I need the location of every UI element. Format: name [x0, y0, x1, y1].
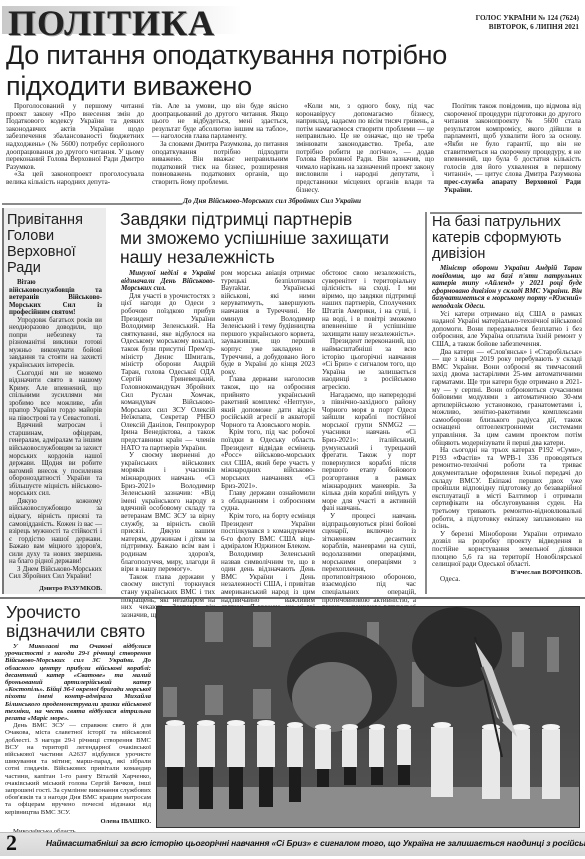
dedication-line: До Дня Військово-Морських сил Збройних С…	[183, 196, 361, 205]
holiday-signature: Олена ІВАШКО.	[5, 818, 151, 825]
article-tax-col2: тів. Але за умови, що він буде якісно до…	[152, 103, 288, 187]
column-border	[425, 212, 427, 594]
article-partners-headline: Завдяки підтримці партнерів ми зможемо у…	[120, 210, 425, 267]
article-tax-col3: «Коли ми, з одного боку, під час коронав…	[296, 103, 434, 194]
article-partners-col3: обстоює свою незалежність, суверенітет і…	[322, 270, 416, 619]
page-number: 2	[6, 830, 17, 856]
photo-illustration	[157, 607, 580, 828]
article-holiday-body: У Миколаєві та Очакові відбулися урочист…	[5, 643, 151, 844]
article-tax-headline: До питання оподаткування потрібно підход…	[6, 40, 447, 102]
greeting-headline: Привітання Голови Верховної Ради	[4, 208, 106, 276]
article-tax-col4: Політик також повідомив, що відмова від …	[444, 103, 581, 194]
article-patrol-headline: На базі патрульних катерів сформують див…	[432, 214, 582, 262]
divider	[0, 597, 585, 599]
issue-date: ВІВТОРОК, 6 ЛИПНЯ 2021	[476, 23, 579, 32]
article-tax-col1: Проголосований у першому читанні проект …	[6, 103, 144, 187]
article-patrol-body: Міністр оборони України Андрій Таран пов…	[432, 265, 582, 584]
patrol-place: Одеса.	[432, 576, 582, 584]
article-tax-source: прес-служба апарату Верховної Ради Украї…	[444, 178, 581, 194]
greeting-body: Вітаю військовослужбовців та ветеранів В…	[4, 276, 106, 592]
issue-number: ГОЛОС УКРАЇНИ № 124 (7624)	[476, 14, 579, 23]
article-partners-col2: ром морська авіація отримає турецькі без…	[221, 270, 315, 627]
footer-tagline: Наймасштабніші за всю історію цьогорічні…	[46, 838, 585, 848]
section-rubric: ПОЛІТИКА	[8, 2, 215, 44]
divider	[2, 203, 182, 205]
article-holiday-headline: Урочисто відзначили свято	[6, 603, 146, 641]
issue-info: ГОЛОС УКРАЇНИ № 124 (7624) ВІВТОРОК, 6 Л…	[476, 14, 579, 32]
greeting-signature: Дмитро РАЗУМКОВ.	[9, 585, 102, 593]
greeting-sidebar: Привітання Голови Верховної Ради Вітаю в…	[2, 208, 106, 594]
article-partners-col1: Минулої неділі в Україні відзначали День…	[121, 270, 215, 619]
naval-parade-photo	[156, 606, 580, 828]
